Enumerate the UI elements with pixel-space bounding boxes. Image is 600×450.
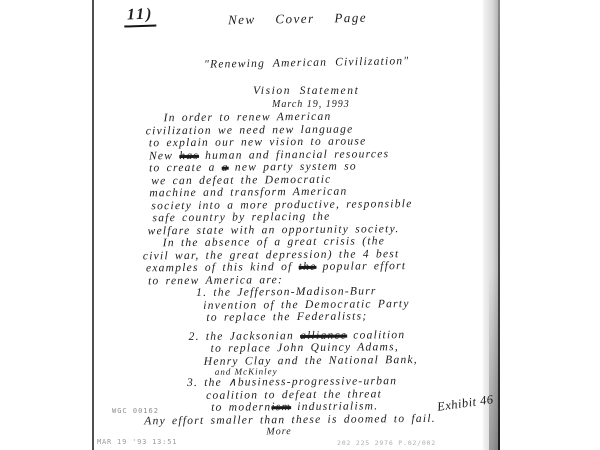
page-right-edge-line <box>498 0 500 450</box>
fax-timestamp: MAR 19 '93 13:51 <box>97 438 177 446</box>
vision-statement-heading: Vision Statement <box>253 85 359 97</box>
body-text: new party system so <box>229 161 357 174</box>
document-title: "Renewing American Civilization" <box>204 55 410 71</box>
body-text: popular effort <box>316 260 406 273</box>
end-note: More <box>266 424 513 437</box>
struck-text: the <box>299 261 317 273</box>
list-item-line: to replace the Federalists; <box>206 309 512 324</box>
body-text: human and financial resources <box>199 148 389 162</box>
page-number: 11) <box>124 5 157 27</box>
body-text: to modern <box>211 401 271 414</box>
body-text: industrialism. <box>291 400 378 413</box>
body-text: New <box>149 150 179 162</box>
handwritten-body: In order to renew American civilization … <box>91 109 514 439</box>
bates-stamp: WGC 00162 <box>112 407 159 415</box>
struck-text: ism <box>271 401 291 413</box>
struck-text: has <box>179 149 199 161</box>
body-text: 2. the Jacksonian <box>188 330 300 343</box>
scanned-document-page: 11) New Cover Page "Renewing American Ci… <box>0 0 600 450</box>
struck-text: alliance <box>300 329 347 341</box>
cover-page-heading: New Cover Page <box>228 10 367 28</box>
body-text: to create a <box>149 162 222 175</box>
page-left-edge <box>92 0 94 450</box>
body-text: examples of this kind of <box>146 261 299 274</box>
fax-footer: 202 225 2976 P.02/002 <box>337 439 436 447</box>
date-line: March 19, 1993 <box>272 99 350 110</box>
body-text: coalition <box>347 329 405 342</box>
